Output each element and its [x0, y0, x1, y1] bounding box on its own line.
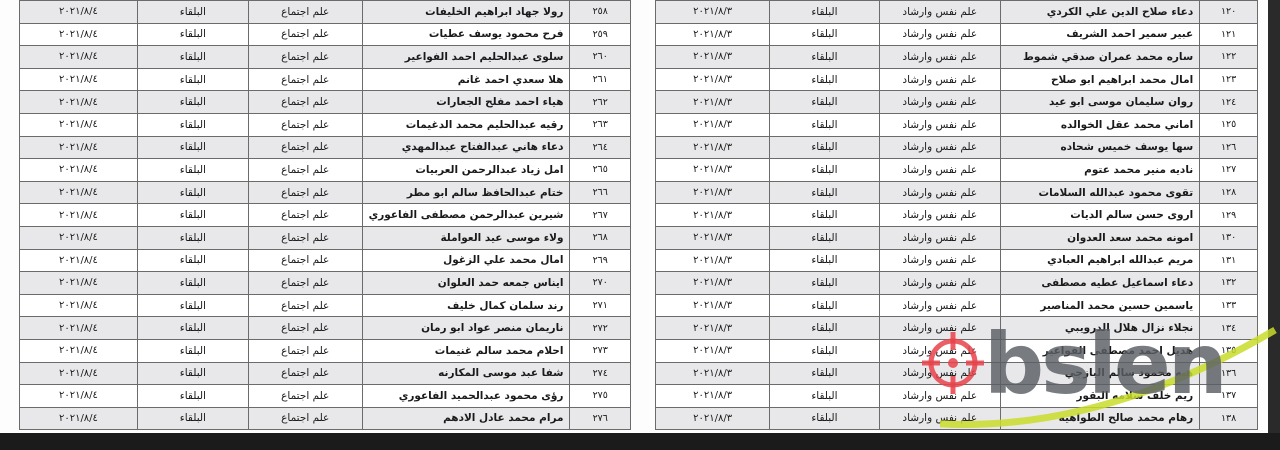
row-number: ١٢٨ — [1200, 181, 1258, 204]
student-name: اماني محمد عقل الخوالده — [1000, 113, 1199, 136]
table-row: ١٢٣ امال محمد ابراهيم ابو صلاح علم نفس و… — [656, 68, 1258, 91]
date: ٢٠٢١/٨/٣ — [656, 23, 770, 46]
university: البلقاء — [770, 181, 879, 204]
date: ٢٠٢١/٨/٣ — [656, 226, 770, 249]
table-row: ٢٦٩ امال محمد علي الزغول علم اجتماع البل… — [20, 249, 631, 272]
date: ٢٠٢١/٨/٣ — [656, 136, 770, 159]
major: علم اجتماع — [248, 46, 362, 69]
row-number: ٢٧٣ — [570, 339, 631, 362]
date: ٢٠٢١/٨/٤ — [20, 407, 138, 430]
left-results-table: ٢٥٨ رولا جهاد ابراهيم الخليفات علم اجتما… — [19, 0, 631, 430]
student-name: ساره محمد عمران صدقي شموط — [1000, 46, 1199, 69]
row-number: ١٢٩ — [1200, 204, 1258, 227]
student-name: عبير سمير احمد الشريف — [1000, 23, 1199, 46]
document-page: ٢٥٨ رولا جهاد ابراهيم الخليفات علم اجتما… — [0, 0, 1280, 432]
table-row: ١٢٢ ساره محمد عمران صدقي شموط علم نفس وا… — [656, 46, 1258, 69]
major: علم نفس وارشاد — [879, 407, 1000, 430]
university: البلقاء — [137, 407, 248, 430]
student-name: ختام عبدالحافظ سالم ابو مطر — [362, 181, 570, 204]
student-name: امونه محمد سعد العدوان — [1000, 226, 1199, 249]
date: ٢٠٢١/٨/٣ — [656, 272, 770, 295]
student-name: رقيه عبدالحليم محمد الدغيمات — [362, 113, 570, 136]
row-number: ١٣٨ — [1200, 407, 1258, 430]
row-number: ٢٦٠ — [570, 46, 631, 69]
student-name: رهام محمد صالح الطواهيه — [1000, 407, 1199, 430]
student-name: امال محمد علي الزغول — [362, 249, 570, 272]
student-name: هديل احمد مصطفى الفواعير — [1000, 339, 1199, 362]
row-number: ١٢١ — [1200, 23, 1258, 46]
table-row: ١٣٧ ريم خلف سلامه البقور علم نفس وارشاد … — [656, 385, 1258, 408]
right-results-table: ١٢٠ دعاء صلاح الدين علي الكردي علم نفس و… — [655, 0, 1258, 430]
student-name: دعاء اسماعيل عطيه مصطفى — [1000, 272, 1199, 295]
student-name: ايناس جمعه حمد العلوان — [362, 272, 570, 295]
date: ٢٠٢١/٨/٣ — [656, 385, 770, 408]
date: ٢٠٢١/٨/٤ — [20, 385, 138, 408]
row-number: ١٢٠ — [1200, 1, 1258, 24]
row-number: ٢٧١ — [570, 294, 631, 317]
date: ٢٠٢١/٨/٤ — [20, 136, 138, 159]
university: البلقاء — [137, 136, 248, 159]
date: ٢٠٢١/٨/٣ — [656, 1, 770, 24]
row-number: ٢٦٢ — [570, 91, 631, 114]
date: ٢٠٢١/٨/٤ — [20, 362, 138, 385]
date: ٢٠٢١/٨/٤ — [20, 113, 138, 136]
row-number: ١٣٠ — [1200, 226, 1258, 249]
row-number: ١٣١ — [1200, 249, 1258, 272]
student-name: ياسمين حسين محمد المناصير — [1000, 294, 1199, 317]
table-row: ٢٧٤ شفا عبد موسى المكارنه علم اجتماع الب… — [20, 362, 631, 385]
major: علم اجتماع — [248, 385, 362, 408]
university: البلقاء — [770, 204, 879, 227]
major: علم نفس وارشاد — [879, 226, 1000, 249]
table-row: ٢٥٩ فرح محمود يوسف عطيات علم اجتماع البل… — [20, 23, 631, 46]
university: البلقاء — [770, 226, 879, 249]
date: ٢٠٢١/٨/٤ — [20, 317, 138, 340]
university: البلقاء — [770, 339, 879, 362]
major: علم نفس وارشاد — [879, 362, 1000, 385]
row-number: ٢٧٦ — [570, 407, 631, 430]
major: علم نفس وارشاد — [879, 91, 1000, 114]
major: علم اجتماع — [248, 249, 362, 272]
table-row: ١٣٣ ياسمين حسين محمد المناصير علم نفس وا… — [656, 294, 1258, 317]
date: ٢٠٢١/٨/٤ — [20, 68, 138, 91]
major: علم اجتماع — [248, 23, 362, 46]
table-row: ٢٦٨ ولاء موسى عيد العواملة علم اجتماع ال… — [20, 226, 631, 249]
student-name: امل زياد عبدالرحمن العربيات — [362, 159, 570, 182]
student-name: ريم خلف سلامه البقور — [1000, 385, 1199, 408]
table-row: ١٣٥ هديل احمد مصطفى الفواعير علم نفس وار… — [656, 339, 1258, 362]
row-number: ٢٦٨ — [570, 226, 631, 249]
row-number: ١٣٧ — [1200, 385, 1258, 408]
row-number: ١٢٥ — [1200, 113, 1258, 136]
date: ٢٠٢١/٨/٣ — [656, 317, 770, 340]
date: ٢٠٢١/٨/٣ — [656, 249, 770, 272]
date: ٢٠٢١/٨/٤ — [20, 91, 138, 114]
major: علم اجتماع — [248, 159, 362, 182]
major: علم نفس وارشاد — [879, 272, 1000, 295]
major: علم اجتماع — [248, 362, 362, 385]
university: البلقاء — [770, 362, 879, 385]
student-name: ولاء موسى عيد العواملة — [362, 226, 570, 249]
date: ٢٠٢١/٨/٣ — [656, 407, 770, 430]
university: البلقاء — [137, 317, 248, 340]
student-name: رؤى محمود عبدالحميد الفاعوري — [362, 385, 570, 408]
major: علم اجتماع — [248, 113, 362, 136]
university: البلقاء — [137, 362, 248, 385]
university: البلقاء — [137, 68, 248, 91]
date: ٢٠٢١/٨/٣ — [656, 294, 770, 317]
table-row: ١٣٢ دعاء اسماعيل عطيه مصطفى علم نفس وارش… — [656, 272, 1258, 295]
university: البلقاء — [770, 136, 879, 159]
date: ٢٠٢١/٨/٤ — [20, 226, 138, 249]
university: البلقاء — [137, 226, 248, 249]
date: ٢٠٢١/٨/٣ — [656, 362, 770, 385]
major: علم اجتماع — [248, 91, 362, 114]
table-row: ٢٦٤ دعاء هاني عبدالفتاح عبدالمهدي علم اج… — [20, 136, 631, 159]
date: ٢٠٢١/٨/٣ — [656, 204, 770, 227]
university: البلقاء — [137, 1, 248, 24]
row-number: ١٣٥ — [1200, 339, 1258, 362]
university: البلقاء — [137, 23, 248, 46]
table-row: ١٣٠ امونه محمد سعد العدوان علم نفس وارشا… — [656, 226, 1258, 249]
table-row: ١٢٠ دعاء صلاح الدين علي الكردي علم نفس و… — [656, 1, 1258, 24]
major: علم اجتماع — [248, 136, 362, 159]
major: علم نفس وارشاد — [879, 249, 1000, 272]
university: البلقاء — [770, 272, 879, 295]
date: ٢٠٢١/٨/٤ — [20, 23, 138, 46]
student-name: دعاء صلاح الدين علي الكردي — [1000, 1, 1199, 24]
table-row: ٢٧٠ ايناس جمعه حمد العلوان علم اجتماع ال… — [20, 272, 631, 295]
table-row: ١٢١ عبير سمير احمد الشريف علم نفس وارشاد… — [656, 23, 1258, 46]
university: البلقاء — [137, 204, 248, 227]
student-name: شفا عبد موسى المكارنه — [362, 362, 570, 385]
row-number: ١٣٦ — [1200, 362, 1258, 385]
date: ٢٠٢١/٨/٤ — [20, 159, 138, 182]
major: علم نفس وارشاد — [879, 136, 1000, 159]
major: علم نفس وارشاد — [879, 204, 1000, 227]
table-row: ٢٥٨ رولا جهاد ابراهيم الخليفات علم اجتما… — [20, 1, 631, 24]
table-row: ١٢٤ روان سليمان موسى ابو عيد علم نفس وار… — [656, 91, 1258, 114]
date: ٢٠٢١/٨/٣ — [656, 339, 770, 362]
major: علم نفس وارشاد — [879, 68, 1000, 91]
student-name: شيرين عبدالرحمن مصطفى الفاعوري — [362, 204, 570, 227]
university: البلقاء — [770, 91, 879, 114]
date: ٢٠٢١/٨/٣ — [656, 68, 770, 91]
table-row: ٢٦٧ شيرين عبدالرحمن مصطفى الفاعوري علم ا… — [20, 204, 631, 227]
major: علم نفس وارشاد — [879, 294, 1000, 317]
major: علم نفس وارشاد — [879, 317, 1000, 340]
student-name: فرح محمود يوسف عطيات — [362, 23, 570, 46]
university: البلقاء — [137, 46, 248, 69]
university: البلقاء — [770, 385, 879, 408]
row-number: ٢٦٦ — [570, 181, 631, 204]
table-row: ٢٦٦ ختام عبدالحافظ سالم ابو مطر علم اجتم… — [20, 181, 631, 204]
major: علم اجتماع — [248, 339, 362, 362]
student-name: مريم عبدالله ابراهيم العبادي — [1000, 249, 1199, 272]
major: علم نفس وارشاد — [879, 1, 1000, 24]
university: البلقاء — [137, 385, 248, 408]
table-row: ١٣٤ نجلاء نزال هلال الدرويبي علم نفس وار… — [656, 317, 1258, 340]
row-number: ٢٧٠ — [570, 272, 631, 295]
major: علم اجتماع — [248, 204, 362, 227]
table-row: ١٣١ مريم عبدالله ابراهيم العبادي علم نفس… — [656, 249, 1258, 272]
row-number: ١٢٤ — [1200, 91, 1258, 114]
row-number: ٢٦٩ — [570, 249, 631, 272]
major: علم اجتماع — [248, 317, 362, 340]
table-row: ١٣٨ رهام محمد صالح الطواهيه علم نفس وارش… — [656, 407, 1258, 430]
date: ٢٠٢١/٨/٤ — [20, 249, 138, 272]
table-row: ٢٧٣ احلام محمد سالم غنيمات علم اجتماع ال… — [20, 339, 631, 362]
row-number: ٢٧٥ — [570, 385, 631, 408]
university: البلقاء — [770, 46, 879, 69]
major: علم نفس وارشاد — [879, 23, 1000, 46]
row-number: ٢٦٧ — [570, 204, 631, 227]
page-edge-shadow — [1268, 0, 1280, 433]
student-name: سها يوسف خميس شحاده — [1000, 136, 1199, 159]
major: علم نفس وارشاد — [879, 181, 1000, 204]
bottom-border-bar — [0, 433, 1280, 450]
table-row: ٢٦٠ سلوى عبدالحليم احمد الفواعير علم اجت… — [20, 46, 631, 69]
row-number: ١٢٧ — [1200, 159, 1258, 182]
student-name: اروى حسن سالم الديات — [1000, 204, 1199, 227]
student-name: دعاء هاني عبدالفتاح عبدالمهدي — [362, 136, 570, 159]
student-name: رولا جهاد ابراهيم الخليفات — [362, 1, 570, 24]
university: البلقاء — [770, 159, 879, 182]
major: علم نفس وارشاد — [879, 339, 1000, 362]
row-number: ٢٥٩ — [570, 23, 631, 46]
student-name: ناريمان منصر عواد ابو رمان — [362, 317, 570, 340]
university: البلقاء — [770, 1, 879, 24]
major: علم نفس وارشاد — [879, 113, 1000, 136]
university: البلقاء — [137, 113, 248, 136]
table-row: ١٢٩ اروى حسن سالم الديات علم نفس وارشاد … — [656, 204, 1258, 227]
university: البلقاء — [770, 249, 879, 272]
row-number: ٢٧٤ — [570, 362, 631, 385]
date: ٢٠٢١/٨/٣ — [656, 181, 770, 204]
major: علم اجتماع — [248, 272, 362, 295]
student-name: احلام محمد سالم غنيمات — [362, 339, 570, 362]
date: ٢٠٢١/٨/٣ — [656, 46, 770, 69]
date: ٢٠٢١/٨/٤ — [20, 204, 138, 227]
table-row: ١٢٥ اماني محمد عقل الخوالده علم نفس وارش… — [656, 113, 1258, 136]
date: ٢٠٢١/٨/٣ — [656, 113, 770, 136]
university: البلقاء — [770, 23, 879, 46]
student-name: روان سليمان موسى ابو عيد — [1000, 91, 1199, 114]
major: علم نفس وارشاد — [879, 385, 1000, 408]
table-row: ٢٧٦ مرام محمد عادل الادهم علم اجتماع الب… — [20, 407, 631, 430]
major: علم نفس وارشاد — [879, 159, 1000, 182]
row-number: ١٣٣ — [1200, 294, 1258, 317]
student-name: سلوى عبدالحليم احمد الفواعير — [362, 46, 570, 69]
student-name: هلا سعدي احمد غانم — [362, 68, 570, 91]
row-number: ٢٦٤ — [570, 136, 631, 159]
major: علم اجتماع — [248, 181, 362, 204]
table-row: ١٢٦ سها يوسف خميس شحاده علم نفس وارشاد ا… — [656, 136, 1258, 159]
university: البلقاء — [770, 113, 879, 136]
row-number: ٢٧٢ — [570, 317, 631, 340]
major: علم اجتماع — [248, 226, 362, 249]
university: البلقاء — [770, 294, 879, 317]
table-row: ١٢٧ ناديه منير محمد عتوم علم نفس وارشاد … — [656, 159, 1258, 182]
major: علم اجتماع — [248, 68, 362, 91]
student-name: ناديه منير محمد عتوم — [1000, 159, 1199, 182]
row-number: ٢٦٣ — [570, 113, 631, 136]
student-name: امال محمد ابراهيم ابو صلاح — [1000, 68, 1199, 91]
university: البلقاء — [770, 68, 879, 91]
date: ٢٠٢١/٨/٣ — [656, 159, 770, 182]
university: البلقاء — [137, 272, 248, 295]
major: علم اجتماع — [248, 407, 362, 430]
university: البلقاء — [137, 294, 248, 317]
university: البلقاء — [137, 181, 248, 204]
student-name: هياء احمد مفلح الجعارات — [362, 91, 570, 114]
table-row: ٢٦٣ رقيه عبدالحليم محمد الدغيمات علم اجت… — [20, 113, 631, 136]
university: البلقاء — [137, 249, 248, 272]
university: البلقاء — [770, 317, 879, 340]
university: البلقاء — [137, 159, 248, 182]
date: ٢٠٢١/٨/٤ — [20, 339, 138, 362]
row-number: ١٢٣ — [1200, 68, 1258, 91]
table-row: ١٣٦ هبه محمود سالم البازجي علم نفس وارشا… — [656, 362, 1258, 385]
student-name: تقوى محمود عبدالله السلامات — [1000, 181, 1199, 204]
table-row: ٢٧٢ ناريمان منصر عواد ابو رمان علم اجتما… — [20, 317, 631, 340]
university: البلقاء — [137, 91, 248, 114]
table-row: ٢٦١ هلا سعدي احمد غانم علم اجتماع البلقا… — [20, 68, 631, 91]
row-number: ٢٥٨ — [570, 1, 631, 24]
date: ٢٠٢١/٨/٣ — [656, 91, 770, 114]
row-number: ٢٦٥ — [570, 159, 631, 182]
row-number: ٢٦١ — [570, 68, 631, 91]
row-number: ١٣٢ — [1200, 272, 1258, 295]
row-number: ١٢٦ — [1200, 136, 1258, 159]
date: ٢٠٢١/٨/٤ — [20, 1, 138, 24]
major: علم نفس وارشاد — [879, 46, 1000, 69]
university: البلقاء — [137, 339, 248, 362]
date: ٢٠٢١/٨/٤ — [20, 181, 138, 204]
date: ٢٠٢١/٨/٤ — [20, 46, 138, 69]
table-row: ١٢٨ تقوى محمود عبدالله السلامات علم نفس … — [656, 181, 1258, 204]
date: ٢٠٢١/٨/٤ — [20, 272, 138, 295]
row-number: ١٣٤ — [1200, 317, 1258, 340]
student-name: هبه محمود سالم البازجي — [1000, 362, 1199, 385]
student-name: مرام محمد عادل الادهم — [362, 407, 570, 430]
student-name: نجلاء نزال هلال الدرويبي — [1000, 317, 1199, 340]
table-row: ٢٦٢ هياء احمد مفلح الجعارات علم اجتماع ا… — [20, 91, 631, 114]
major: علم اجتماع — [248, 294, 362, 317]
row-number: ١٢٢ — [1200, 46, 1258, 69]
university: البلقاء — [770, 407, 879, 430]
student-name: رند سلمان كمال خليف — [362, 294, 570, 317]
major: علم اجتماع — [248, 1, 362, 24]
table-row: ٢٧١ رند سلمان كمال خليف علم اجتماع البلق… — [20, 294, 631, 317]
table-row: ٢٦٥ امل زياد عبدالرحمن العربيات علم اجتم… — [20, 159, 631, 182]
date: ٢٠٢١/٨/٤ — [20, 294, 138, 317]
table-row: ٢٧٥ رؤى محمود عبدالحميد الفاعوري علم اجت… — [20, 385, 631, 408]
